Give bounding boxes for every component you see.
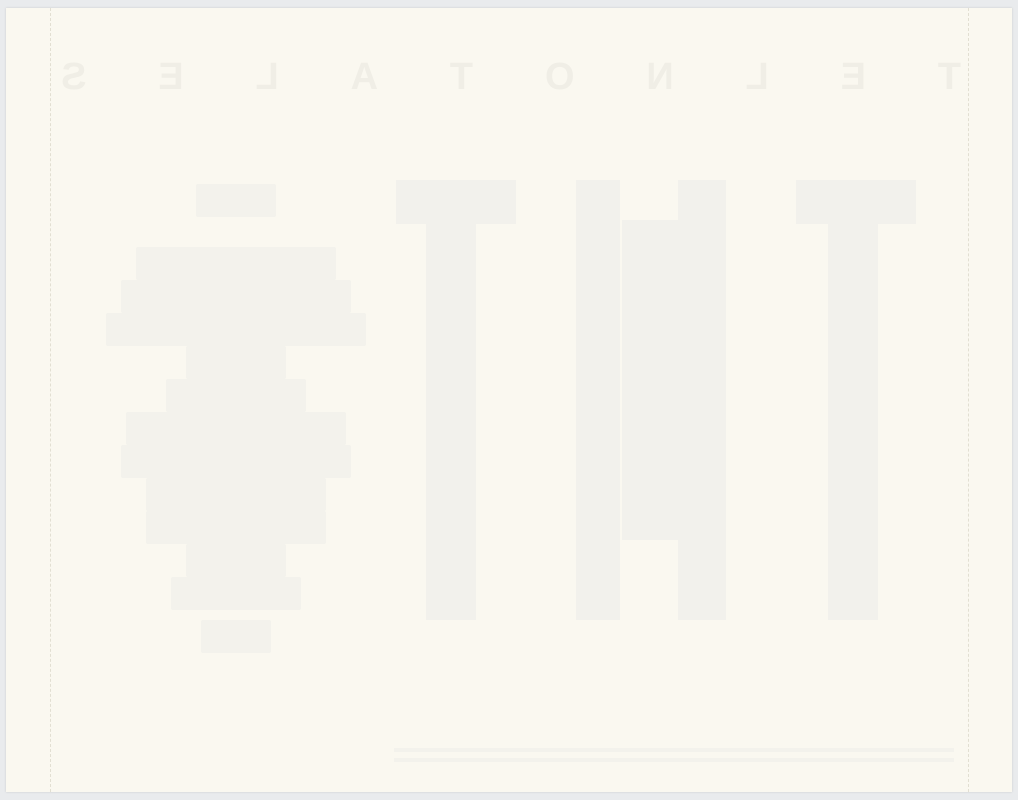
mirrored-footer (394, 748, 954, 774)
perforation-right (968, 8, 969, 792)
header-letter: N (646, 56, 673, 99)
header-letter: L (256, 56, 279, 99)
mirrored-logo (396, 180, 916, 628)
mirrored-header: T E L N O T A L E S (61, 56, 961, 99)
header-letter: S (61, 56, 86, 99)
perforation-left (50, 8, 51, 792)
header-letter: O (545, 56, 575, 99)
header-letter: L (746, 56, 769, 99)
header-letter: T (450, 56, 473, 99)
mirrored-tracklist (101, 184, 371, 653)
header-letter: E (841, 56, 866, 99)
header-letter: T (938, 56, 961, 99)
card-scan: T E L N O T A L E S (6, 8, 1012, 792)
header-letter: E (158, 56, 183, 99)
header-letter: A (351, 56, 378, 99)
